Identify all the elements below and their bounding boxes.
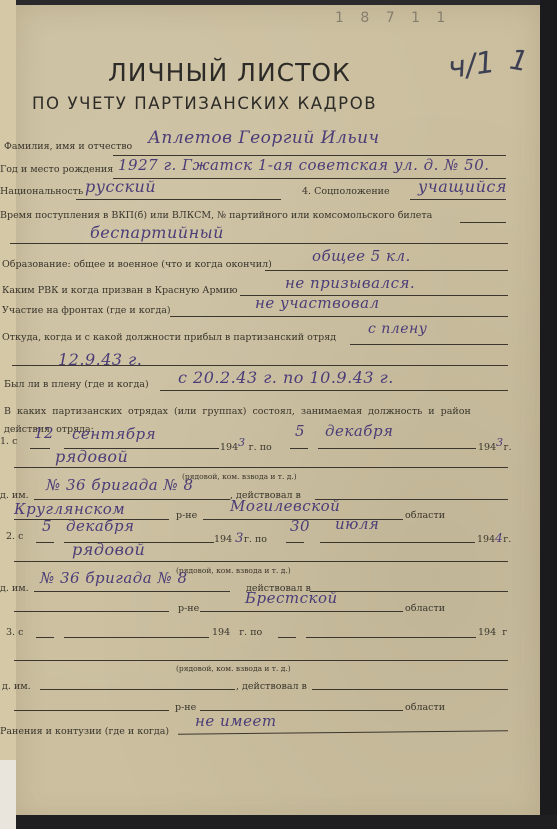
detachment-2-unit-label: д. им. [0, 583, 29, 594]
detachment-1-to-month-line [318, 448, 476, 449]
detachment-1-from-day-line [30, 448, 50, 449]
detachment-2-region-line [200, 611, 403, 612]
detachment-2-to-day: 30 [290, 517, 310, 535]
detachment-2-position-hint: (рядовой, ком. взвода и т. д.) [176, 566, 291, 575]
detachment-2-from-year-prefix: 194 [214, 534, 232, 545]
party-entry-value: беспартийный [90, 223, 224, 242]
fronts-line [170, 316, 508, 317]
party-entry-label: Время поступления в ВКП(б) или ВЛКСМ, № … [0, 210, 432, 221]
party-entry-line-1 [460, 222, 506, 223]
detachment-3-to-year-prefix: 194 [478, 627, 496, 638]
detachment-3-position-line [14, 660, 508, 661]
detachment-3-district-line [14, 710, 169, 711]
full-name-label: Фамилия, имя и отчество [4, 141, 132, 152]
detachment-2-from-year-suffix: 3 [235, 531, 244, 546]
detachment-1-region: Могилевской [230, 497, 340, 515]
detachment-2-from-day-line [36, 542, 54, 543]
detachment-1-position: рядовой [55, 447, 128, 466]
detachment-3-from-day-line [36, 637, 54, 638]
detachment-3-region-line [200, 710, 403, 711]
education-value: общее 5 кл. [312, 247, 411, 265]
detachment-2-to-label: г. по [244, 534, 267, 545]
full-name-value: Аплетов Георгий Ильич [148, 128, 380, 148]
education-line [265, 270, 508, 271]
detachment-1-to-day-line [290, 448, 308, 449]
detachment-2-region: Брестской [245, 589, 338, 607]
social-position-label: 4. Соцположение [302, 186, 390, 197]
detachment-3-from-year-prefix: 194 [212, 627, 230, 638]
social-position-value: учащийся [418, 177, 507, 196]
wounds-value: не имеет [195, 712, 277, 730]
scan-bottom-edge [16, 815, 557, 829]
detachment-2-to-month: июля [335, 515, 379, 533]
detachment-1-from-year-suffix: 3 [238, 436, 246, 449]
detachment-1-district: Круглянском [14, 500, 125, 518]
rvk-value: не призывался. [285, 274, 415, 292]
document-title: ЛИЧНЫЙ ЛИСТОК [108, 58, 351, 87]
arrival-label: Откуда, когда и с какой должности прибыл… [2, 332, 336, 343]
birth-label: Год и место рождения [0, 164, 113, 175]
detachment-3-to-label: г. по [239, 627, 262, 638]
detachment-1-from-year: 1943 г. по [220, 436, 272, 453]
detachment-1-to-day: 5 [295, 422, 305, 440]
captivity-value: с 20.2.43 г. по 10.9.43 г. [178, 368, 394, 387]
detachment-2-from-day: 5 [42, 517, 52, 535]
archive-marks: 1 8 7 1 1 [335, 10, 451, 26]
detachment-3-region-label: области [405, 702, 445, 713]
detachment-1-from-day: 12 [34, 424, 54, 442]
detachment-1-to-month: декабря [325, 422, 393, 440]
nationality-line [76, 199, 281, 200]
captivity-label: Был ли в плену (где и когда) [4, 379, 149, 390]
detachment-1-to-year: 1943г. [478, 436, 512, 453]
detachment-2-district-label: р-не [178, 603, 199, 614]
detachment-2-position: рядовой [72, 540, 145, 559]
detachment-2-from-year: 194 3г. по [214, 531, 267, 546]
detachment-1-region-label: области [405, 510, 445, 521]
party-entry-line-2 [10, 243, 508, 244]
arrival-date-value: 12.9.43 г. [58, 350, 142, 369]
detachment-3-to-year-suffix: г [502, 627, 507, 638]
detachment-1-position-hint: (рядовой, ком. взвода и т. д.) [182, 472, 297, 481]
detachment-3-number: 3. с [6, 627, 23, 638]
nationality-value: русский [85, 177, 156, 196]
detachment-2-to-year: 1944г. [477, 531, 511, 545]
detachment-2-acted-line [310, 591, 508, 592]
detachment-1-to-year-prefix: 194 [478, 442, 496, 453]
detachment-1-to-year-suffix: 3 [496, 436, 504, 449]
detachment-1-number: 1. с [0, 436, 17, 447]
detachment-1-position-line [14, 467, 508, 468]
detachment-3-acted-line [312, 689, 508, 690]
detachment-3-from-year: 194 г. по [212, 627, 262, 638]
detachment-3-to-month-line [306, 637, 476, 638]
detachment-2-number: 2. с [6, 531, 23, 542]
wounds-label: Ранения и контузии (где и когда) [0, 726, 169, 737]
detachment-2-unit: № 36 бригада № 8 [40, 569, 187, 587]
detachment-1-acted-line [315, 499, 508, 500]
detachment-3-position-hint: (рядовой, ком. взвода и т. д.) [176, 664, 291, 673]
social-position-line [410, 199, 506, 200]
scan-right-edge [540, 0, 557, 829]
scan-left-margin [0, 760, 16, 829]
detachment-1-unit: № 36 бригада № 8 [46, 476, 193, 494]
birth-value: 1927 г. Гжатск 1-ая советская ул. д. № 5… [118, 156, 490, 174]
rvk-label: Каким РВК и когда призван в Красную Арми… [2, 285, 238, 296]
detachment-2-to-day-line [286, 542, 304, 543]
detachment-3-acted-label: , действовал в [236, 681, 307, 692]
detachment-3-unit-line [40, 689, 235, 690]
detachment-1-from-year-prefix: 194 [220, 442, 238, 453]
arrival-line-2 [12, 365, 508, 366]
arrival-line-1 [350, 344, 508, 345]
detachment-3-unit-label: д. им. [2, 681, 31, 692]
detachment-1-to-label: г. по [249, 442, 272, 453]
detachment-2-to-month-line [320, 542, 475, 543]
fronts-value: не участвовал [255, 294, 380, 312]
pencil-note: ч/1 [446, 45, 497, 86]
captivity-line [160, 390, 508, 391]
detachment-3-from-month-line [64, 637, 209, 638]
detachment-2-to-year-prefix: 194 [477, 534, 495, 545]
education-label: Образование: общее и военное (что и когд… [2, 259, 272, 270]
detachment-2-from-month: декабря [66, 517, 134, 535]
detachment-3-to-year: 194 г [478, 627, 507, 638]
detachment-2-district-line [14, 611, 169, 612]
detachment-2-position-line [14, 561, 508, 562]
nationality-label: Национальность [0, 186, 83, 197]
detachment-2-region-label: области [405, 603, 445, 614]
detachment-1-from-month: сентября [72, 425, 156, 443]
fronts-label: Участие на фронтах (где и когда) [2, 305, 171, 316]
document-subtitle: ПО УЧЕТУ ПАРТИЗАНСКИХ КАДРОВ [32, 94, 377, 113]
detachment-1-district-label: р-не [176, 510, 197, 521]
detachment-3-district-label: р-не [175, 702, 196, 713]
arrival-value: с плену [368, 321, 427, 337]
detachment-2-unit-line [34, 591, 230, 592]
detachment-3-to-day-line [278, 637, 296, 638]
